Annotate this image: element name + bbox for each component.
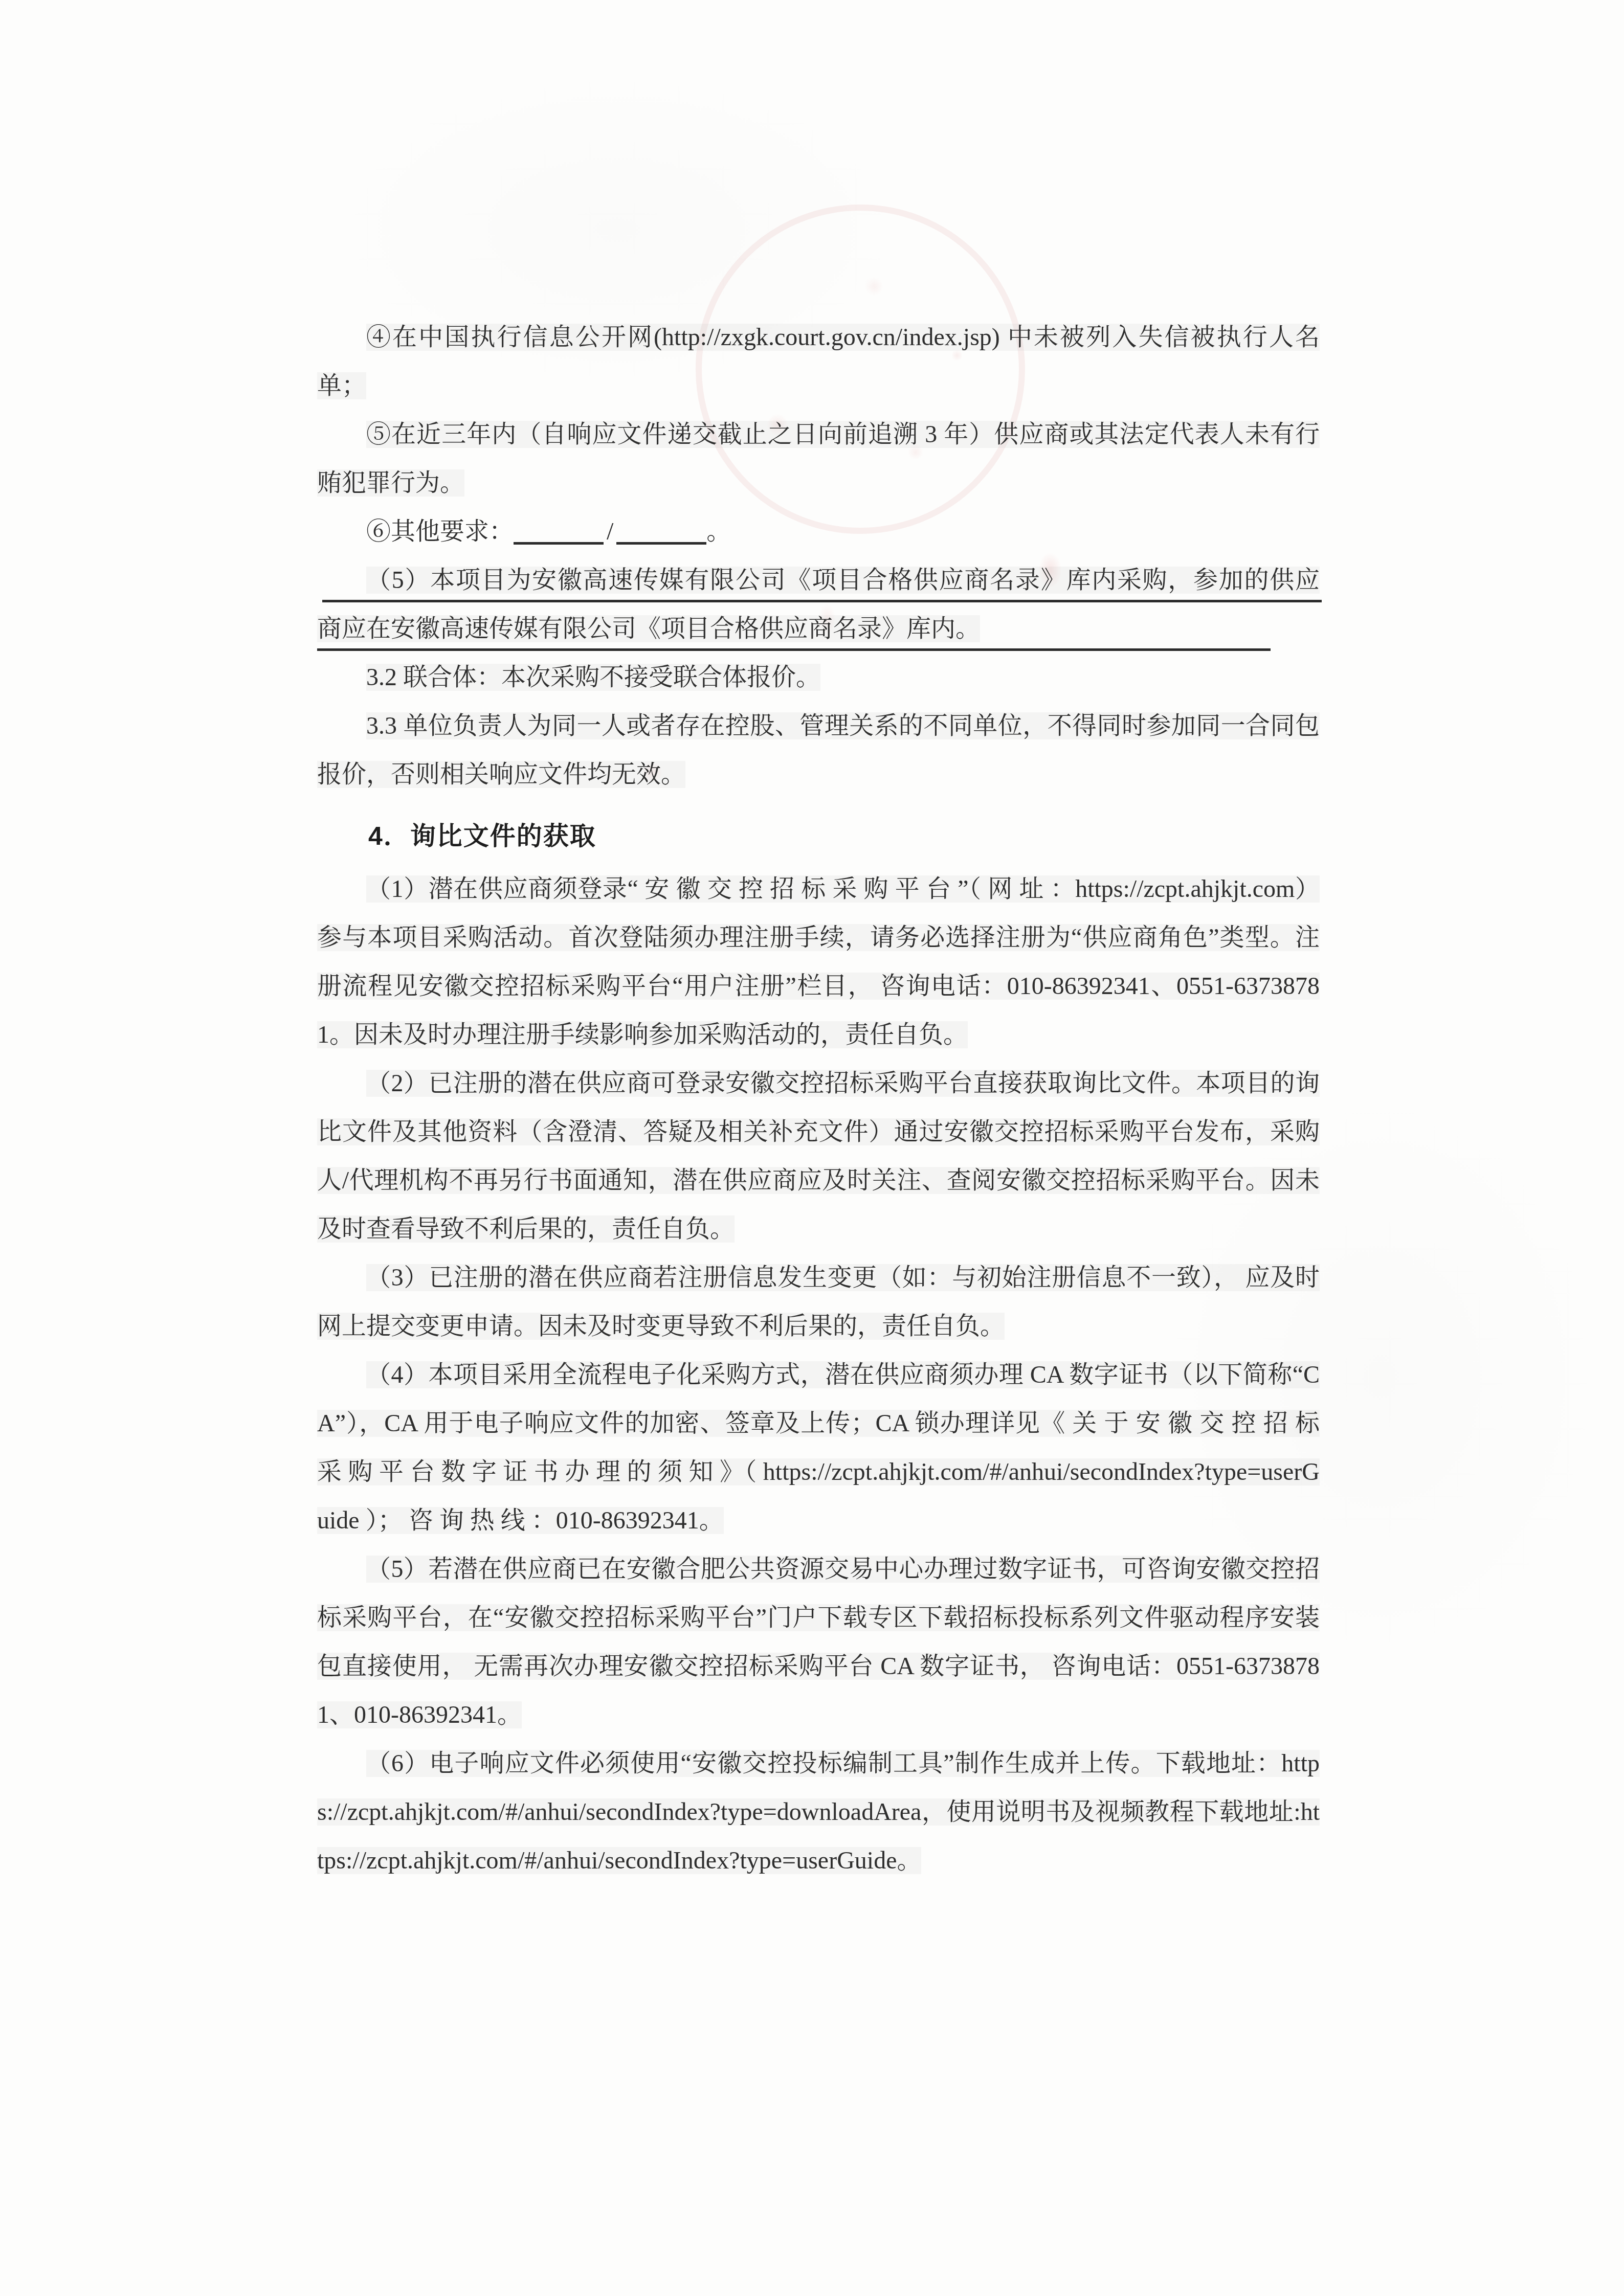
clause-3-3-same-legal-person: 3.3 单位负责人为同一人或者存在控股、管理关系的不同单位，不得同时参加同一合同… (317, 702, 1320, 799)
clause-3-2-consortium: 3.2 联合体：本次采购不接受联合体报价。 (317, 653, 1320, 702)
clause-5-underlined-line-2: 商应在安徽高速传媒有限公司《项目合格供应商名录》库内。 (317, 604, 1320, 653)
section-4-sub-6-bid-tool: （6）电子响应文件必须使用“安徽交控投标编制工具”制作生成并上传。下载地址：ht… (317, 1739, 1320, 1885)
section-4-sub-6-text: （6）电子响应文件必须使用“安徽交控投标编制工具”制作生成并上传。下载地址：ht… (317, 1750, 1320, 1874)
clause-3-2-text: 3.2 联合体：本次采购不接受联合体报价。 (366, 664, 820, 691)
clause-5-line-1-text: （5）本项目为安徽高速传媒有限公司《项目合格供应商名录》库内采购，参加的供应 (366, 567, 1320, 594)
clause-5-line-2-text: 商应在安徽高速传媒有限公司《项目合格供应商名录》库内。 (317, 615, 980, 642)
clause-5-underlined-line-1: （5）本项目为安徽高速传媒有限公司《项目合格供应商名录》库内采购，参加的供应 (317, 556, 1320, 604)
blank-separator-slash: / (604, 518, 616, 545)
clause-item-5-text: ⑤在近三年内（自响应文件递交截止之日向前追溯 3 年）供应商或其法定代表人未有行… (317, 421, 1320, 497)
section-4-sub-5-hefei-certificate: （5）若潜在供应商已在安徽合肥公共资源交易中心办理过数字证书，可咨询安徽交控招标… (317, 1545, 1320, 1739)
clause-item-4-text: ④在中国执行信息公开网(http://zxgk.court.gov.cn/ind… (317, 324, 1320, 399)
section-4-sub-1-platform-registration: （1）潜在供应商须登录“ 安 徽 交 控 招 标 采 购 平 台 ”（ 网 址 … (317, 865, 1320, 1059)
section-4-sub-3-registration-change: （3）已注册的潜在供应商若注册信息发生变更（如：与初始注册信息不一致）， 应及时… (317, 1253, 1320, 1350)
section-4-sub-4-text: （4）本项目采用全流程电子化采购方式，潜在供应商须办理 CA 数字证书（以下简称… (317, 1361, 1320, 1534)
section-4-heading: 4．询比文件的获取 (317, 812, 1320, 861)
clause-item-6-label: ⑥其他要求： (366, 518, 514, 545)
clause-3-3-text: 3.3 单位负责人为同一人或者存在控股、管理关系的不同单位，不得同时参加同一合同… (317, 712, 1320, 788)
clause-item-6-other-requirements: ⑥其他要求：/。 (317, 507, 1320, 556)
clause-item-5: ⑤在近三年内（自响应文件递交截止之日向前追溯 3 年）供应商或其法定代表人未有行… (317, 410, 1320, 507)
section-4-sub-2-text: （2）已注册的潜在供应商可登录安徽交控招标采购平台直接获取询比文件。本项目的询比… (317, 1070, 1320, 1243)
document-page: ④在中国执行信息公开网(http://zxgk.court.gov.cn/ind… (0, 0, 1624, 2296)
fill-in-blank-line (616, 522, 706, 545)
clause-item-4: ④在中国执行信息公开网(http://zxgk.court.gov.cn/ind… (317, 313, 1320, 410)
section-4-sub-2-document-release: （2）已注册的潜在供应商可登录安徽交控招标采购平台直接获取询比文件。本项目的询比… (317, 1059, 1320, 1253)
section-4-sub-3-text: （3）已注册的潜在供应商若注册信息发生变更（如：与初始注册信息不一致）， 应及时… (317, 1264, 1320, 1340)
fill-in-blank-line (514, 522, 604, 545)
section-4-sub-1-text: （1）潜在供应商须登录“ 安 徽 交 控 招 标 采 购 平 台 ”（ 网 址 … (317, 875, 1320, 1048)
section-4-sub-5-text: （5）若潜在供应商已在安徽合肥公共资源交易中心办理过数字证书，可咨询安徽交控招标… (317, 1556, 1320, 1728)
clause-item-6-period: 。 (706, 518, 731, 545)
section-4-sub-4-ca-certificate: （4）本项目采用全流程电子化采购方式，潜在供应商须办理 CA 数字证书（以下简称… (317, 1350, 1320, 1545)
document-body: ④在中国执行信息公开网(http://zxgk.court.gov.cn/ind… (317, 313, 1320, 1885)
